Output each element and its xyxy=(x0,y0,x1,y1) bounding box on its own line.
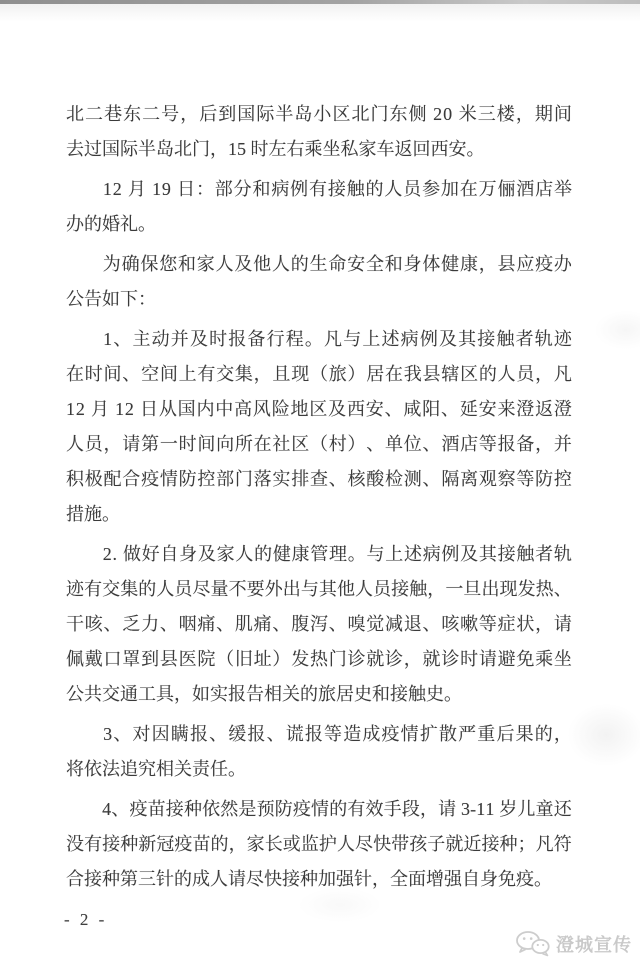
text-line: 在时间、空间上有交集，且现（旅）居在我县辖区的人员，凡 xyxy=(66,357,572,392)
text-line: 为确保您和家人及他人的生命安全和身体健康，县应疫办 xyxy=(66,247,572,282)
text-line: 办的婚礼。 xyxy=(66,207,572,242)
text-line: 3、对因瞒报、缓报、谎报等造成疫情扩散严重后果的， xyxy=(66,717,572,752)
watermark-label: 澄城宣传 xyxy=(556,931,632,957)
paragraph: 2. 做好自身及家人的健康管理。与上述病例及其接触者轨迹有交集的人员尽量不要外出… xyxy=(66,537,572,712)
paragraph: 4、疫苗接种依然是预防疫情的有效手段，请 3-11 岁儿童还没有接种新冠疫苗的，… xyxy=(66,792,572,897)
text-line: 将依法追究相关责任。 xyxy=(66,752,572,787)
paragraph: 为确保您和家人及他人的生命安全和身体健康，县应疫办公告如下： xyxy=(66,247,572,317)
page-number: - 2 - xyxy=(64,908,107,932)
wechat-icon xyxy=(515,930,551,957)
text-line: 12 月 19 日：部分和病例有接触的人员参加在万俪酒店举 xyxy=(66,172,572,207)
text-line: 2. 做好自身及家人的健康管理。与上述病例及其接触者轨 xyxy=(66,537,572,572)
paragraph: 北二巷东二号，后到国际半岛小区北门东侧 20 米三楼，期间去过国际半岛北门，15… xyxy=(66,97,572,167)
text-line: 4、疫苗接种依然是预防疫情的有效手段，请 3-11 岁儿童还 xyxy=(66,792,572,827)
text-line: 没有接种新冠疫苗的，家长或监护人尽快带孩子就近接种；凡符 xyxy=(66,827,572,862)
text-line: 公共交通工具，如实报告相关的旅居史和接触史。 xyxy=(66,677,572,712)
text-line: 1、主动并及时报备行程。凡与上述病例及其接触者轨迹 xyxy=(66,322,572,357)
text-line: 公告如下： xyxy=(66,282,572,317)
scanned-page: 北二巷东二号，后到国际半岛小区北门东侧 20 米三楼，期间去过国际半岛北门，15… xyxy=(0,0,640,973)
paragraph: 12 月 19 日：部分和病例有接触的人员参加在万俪酒店举办的婚礼。 xyxy=(66,172,572,242)
text-line: 合接种第三针的成人请尽快接种加强针，全面增强自身免疫。 xyxy=(66,862,572,897)
paragraph: 3、对因瞒报、缓报、谎报等造成疫情扩散严重后果的，将依法追究相关责任。 xyxy=(66,717,572,787)
text-line: 北二巷东二号，后到国际半岛小区北门东侧 20 米三楼，期间 xyxy=(66,97,572,132)
paragraph: 1、主动并及时报备行程。凡与上述病例及其接触者轨迹在时间、空间上有交集，且现（旅… xyxy=(66,322,572,532)
watermark: 澄城宣传 xyxy=(515,930,632,957)
text-line: 措施。 xyxy=(66,497,572,532)
text-line: 干咳、乏力、咽痛、肌痛、腹泻、嗅觉减退、咳嗽等症状，请 xyxy=(66,607,572,642)
text-line: 佩戴口罩到县医院（旧址）发热门诊就诊，就诊时请避免乘坐 xyxy=(66,642,572,677)
document-body: 北二巷东二号，后到国际半岛小区北门东侧 20 米三楼，期间去过国际半岛北门，15… xyxy=(66,97,572,902)
text-line: 12 月 12 日从国内中高风险地区及西安、咸阳、延安来澄返澄 xyxy=(66,392,572,427)
text-line: 迹有交集的人员尽量不要外出与其他人员接触，一旦出现发热、 xyxy=(66,572,572,607)
scan-top-shading xyxy=(0,4,640,22)
text-line: 人员，请第一时间向所在社区（村）、单位、酒店等报备，并 xyxy=(66,427,572,462)
text-line: 积极配合疫情防控部门落实排查、核酸检测、隔离观察等防控 xyxy=(66,462,572,497)
text-line: 去过国际半岛北门，15 时左右乘坐私家车返回西安。 xyxy=(66,132,572,167)
